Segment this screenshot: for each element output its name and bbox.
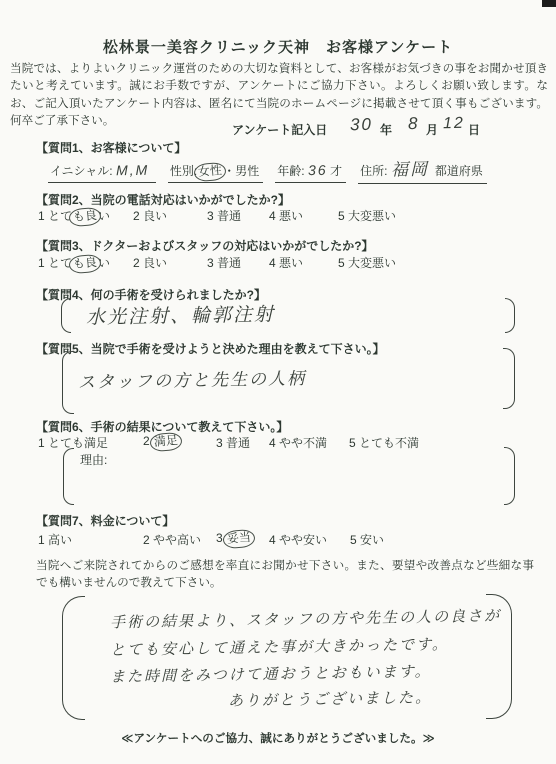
date-year-handwritten: 30 xyxy=(350,115,373,135)
option-label: 4 悪い xyxy=(269,256,303,270)
option-label: 5 とても不満 xyxy=(349,436,419,450)
option-label: 4 悪い xyxy=(269,209,303,223)
footer-thanks: ≪アンケートへのご協力、誠にありがとうございました。≫ xyxy=(0,730,556,746)
selected-circle: も良 xyxy=(68,207,101,228)
option-label: 1 高い xyxy=(38,533,72,547)
option: 4 やや不満 xyxy=(269,434,327,451)
reason-bracket-right xyxy=(504,447,515,505)
comment-line-handwritten: 手術の結果より、スタッフの方や先生の人の良さが xyxy=(110,605,501,633)
feedback-prompt: 当院へご来院されてからのご感想を率直にお聞かせ下さい。また、要望や改善点など些細… xyxy=(36,558,534,592)
question-1-fields: イニシャル:M,M性別:女性・男性年齢:36才住所:福岡 都道府県 xyxy=(48,155,499,184)
option: 1 とても良い xyxy=(38,254,110,271)
page-title: 松林景一美容クリニック天神 お客様アンケート xyxy=(0,36,556,57)
option-label: 2 良い xyxy=(133,209,167,223)
initial-value-handwritten: M,M xyxy=(115,162,148,179)
option: 2 満足 xyxy=(143,434,179,448)
date-label: アンケート記入日 xyxy=(232,121,327,138)
question-2-heading: 【質問2、当院の電話対応はいかがでしたか?】 xyxy=(36,191,290,208)
option: 3 普通 xyxy=(216,434,250,451)
option: 5 とても不満 xyxy=(349,434,419,451)
question-1-heading: 【質問1、お客様について】 xyxy=(36,139,186,156)
age-label: 年齢: xyxy=(277,164,304,178)
sex-field: 性別:女性・男性 xyxy=(168,162,263,183)
question-7-heading: 【質問7、料金について】 xyxy=(36,512,174,529)
age-field: 年齢:36才 xyxy=(275,162,346,183)
option-label: 3 普通 xyxy=(207,256,241,270)
comment-line-handwritten: ありがとうございました。 xyxy=(228,686,432,711)
address-field: 住所:福岡 都道府県 xyxy=(358,155,487,184)
answer-bracket-right xyxy=(505,298,515,333)
scan-artifact xyxy=(542,0,556,7)
option: 2 やや高い xyxy=(143,531,201,548)
selected-circle: 妥当 xyxy=(222,529,255,550)
age-value-handwritten: 36 xyxy=(307,162,327,178)
question-5-answer-handwritten: スタッフの方と先生の人柄 xyxy=(78,364,306,393)
option-label: 4 やや不満 xyxy=(269,436,327,450)
initial-field: イニシャル:M,M xyxy=(48,162,156,183)
date-month-unit: 月 xyxy=(426,121,438,138)
answer-bracket-left xyxy=(61,298,71,333)
date-day-handwritten: 12 xyxy=(443,115,465,133)
address-value-handwritten: 福岡 xyxy=(390,155,428,181)
selected-circle: も良 xyxy=(68,254,101,275)
comment-bracket-left xyxy=(62,596,85,720)
option: 2 良い xyxy=(133,207,167,224)
question-3-heading: 【質問3、ドクターおよびスタッフの対応はいかがでしたか?】 xyxy=(36,237,374,254)
intro-paragraph: 当院では、よりよいクリニック運営のための大切な資料として、お客様がお気づきの事を… xyxy=(10,60,548,130)
date-year-unit: 年 xyxy=(380,121,392,138)
question-6-options: 1 とても満足 2 満足 3 普通 4 やや不満 5 とても不満 xyxy=(0,434,556,452)
age-unit: 才 xyxy=(330,164,342,178)
option-label: 3 普通 xyxy=(216,436,250,450)
option-label: 1 とて xyxy=(38,256,72,270)
question-5-heading: 【質問5、当院で手術を受けようと決めた理由を教えて下さい。】 xyxy=(36,340,385,357)
address-label: 住所: xyxy=(360,164,387,178)
option-label: 4 やや安い xyxy=(269,533,327,547)
option-label: 5 安い xyxy=(350,533,384,547)
option: 4 悪い xyxy=(269,207,303,224)
option: 1 とても良い xyxy=(38,207,110,224)
option-label: 5 大変悪い xyxy=(338,209,396,223)
option-label: 5 大変悪い xyxy=(338,256,396,270)
option: 3 普通 xyxy=(207,207,241,224)
option: 1 高い xyxy=(38,531,72,548)
comment-line-handwritten: とても安心して通えた事が大きかったです。 xyxy=(110,633,449,660)
comment-line-handwritten: また時間をみつけて通おうとおもいます。 xyxy=(110,660,432,687)
question-2-options: 1 とても良い 2 良い 3 普通 4 悪い 5 大変悪い xyxy=(0,207,556,225)
option: 3 普通 xyxy=(207,254,241,271)
address-unit: 都道府県 xyxy=(435,164,483,178)
option: 5 大変悪い xyxy=(338,254,396,271)
reason-bracket-left xyxy=(63,448,74,505)
answer-bracket-right xyxy=(503,348,515,409)
question-3-options: 1 とても良い 2 良い 3 普通 4 悪い 5 大変悪い xyxy=(0,254,556,272)
option-label: 1 とて xyxy=(38,209,72,223)
option-label: 2 やや高い xyxy=(143,533,201,547)
option: 4 悪い xyxy=(269,254,303,271)
option: 3 妥当 xyxy=(216,531,252,545)
reason-label: 理由: xyxy=(80,451,107,468)
option: 4 やや安い xyxy=(269,531,327,548)
sex-selected-circle: 女性 xyxy=(193,162,226,183)
selected-circle: 満足 xyxy=(149,432,182,453)
option: 5 大変悪い xyxy=(338,207,396,224)
survey-document: 松林景一美容クリニック天神 お客様アンケート 当院では、よりよいクリニック運営の… xyxy=(0,0,556,764)
question-4-answer-handwritten: 水光注射、輪郭注射 xyxy=(86,299,275,329)
sex-other-option: ・男性 xyxy=(223,164,259,178)
question-7-options: 1 高い 2 やや高い 3 妥当 4 やや安い 5 安い xyxy=(0,531,556,549)
option: 5 安い xyxy=(350,531,384,548)
date-day-unit: 日 xyxy=(468,121,480,138)
answer-bracket-left xyxy=(62,351,74,414)
option: 2 良い xyxy=(133,254,167,271)
option-label: 2 良い xyxy=(133,256,167,270)
initial-label: イニシャル: xyxy=(50,164,113,178)
date-month-handwritten: 8 xyxy=(408,114,420,134)
option-label: 3 普通 xyxy=(207,209,241,223)
